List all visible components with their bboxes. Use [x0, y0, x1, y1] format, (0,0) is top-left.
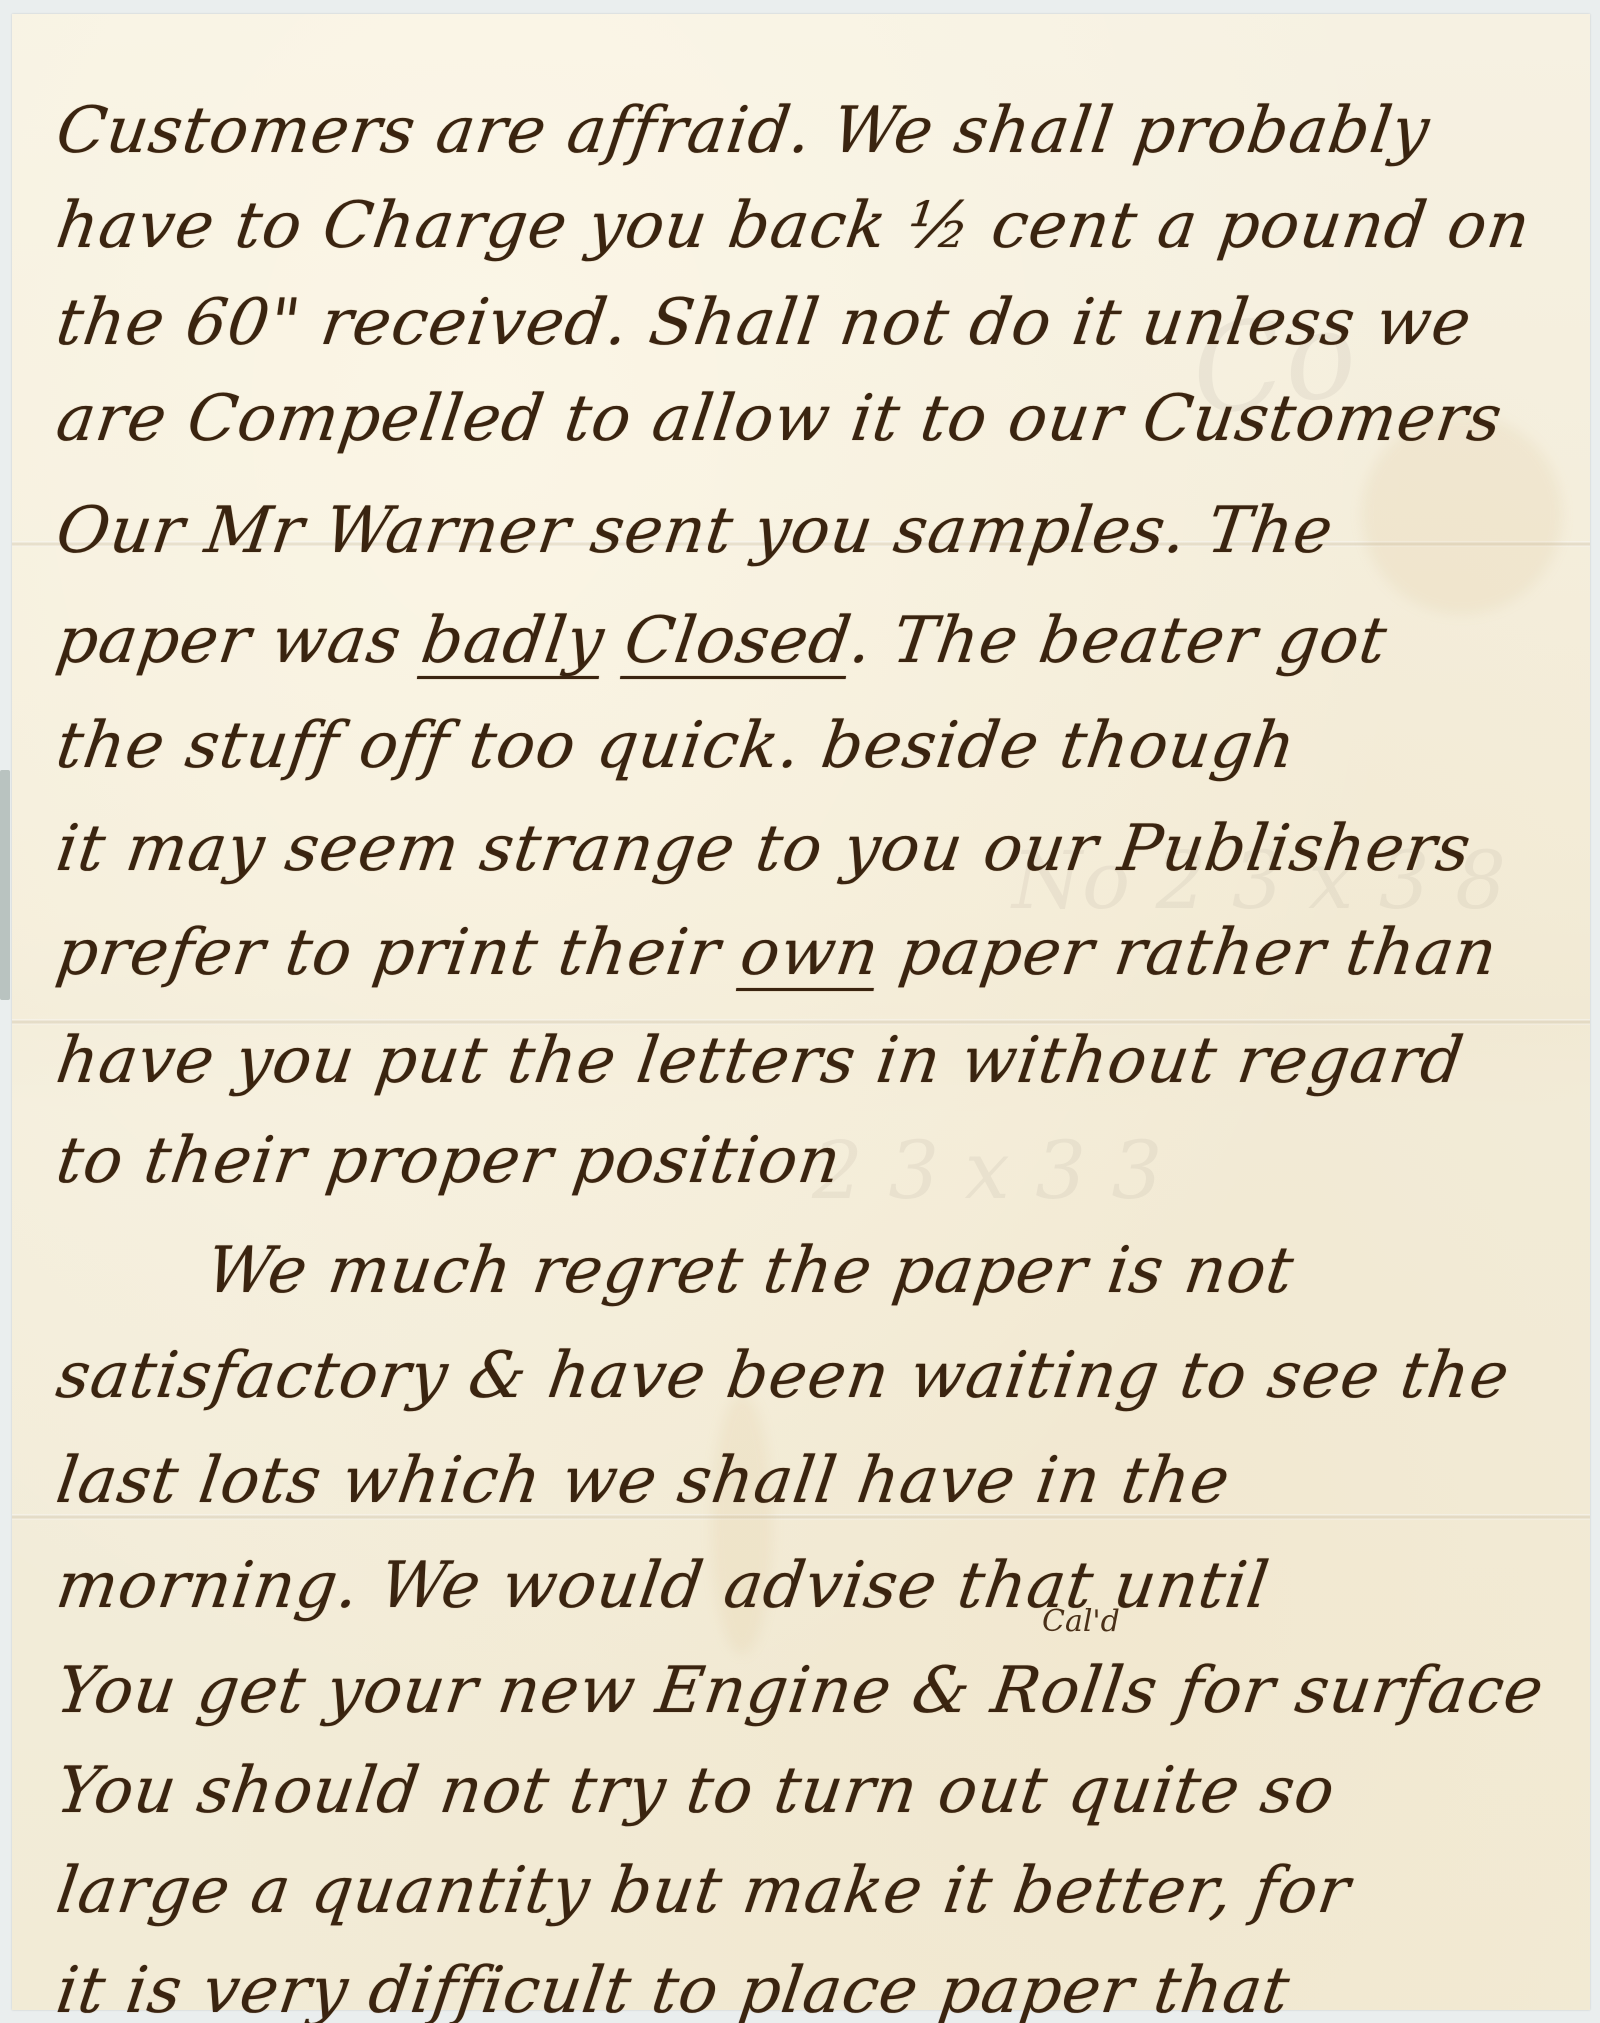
underlined-word: badly — [417, 604, 609, 678]
letter-page: Co No 2 3 x 3 8 2 3 x 3 3 Customers are … — [12, 14, 1590, 2010]
letter-line: are Compelled to allow it to our Custome… — [52, 382, 1507, 456]
text-segment: paper was — [52, 604, 427, 678]
letter-line: prefer to print their own paper rather t… — [52, 916, 1502, 990]
letter-line: to their proper position — [52, 1124, 846, 1198]
letter-line: satisfactory & have been waiting to see … — [52, 1339, 1514, 1413]
letter-line: the stuff off too quick. beside though — [52, 709, 1301, 783]
letter-line: Customers are affraid. We shall probably — [52, 94, 1434, 168]
letter-line: You get your new Engine & Rolls for surf… — [52, 1654, 1548, 1728]
text-segment: . The beater got — [846, 604, 1392, 678]
bleed-through-text: 2 3 x 3 3 — [812, 1124, 1162, 1217]
letter-line-indented: We much regret the paper is not — [202, 1234, 1299, 1308]
binding-strip — [0, 770, 10, 1000]
underlined-word: own — [736, 916, 884, 990]
letter-line: large a quantity but make it better, for — [52, 1854, 1355, 1928]
text-segment: prefer to print their — [52, 916, 746, 990]
letter-line: have to Charge you back ½ cent a pound o… — [52, 189, 1535, 263]
interlinear-insertion: Cal'd — [1042, 1604, 1120, 1639]
letter-line: last lots which we shall have in the — [52, 1444, 1235, 1518]
underlined-word: Closed — [620, 604, 856, 678]
letter-line: it may seem strange to you our Publisher… — [52, 812, 1476, 886]
letter-line: You should not try to turn out quite so — [52, 1754, 1340, 1828]
letter-line: the 60" received. Shall not do it unless… — [52, 286, 1476, 360]
letter-line: Our Mr Warner sent you samples. The — [52, 494, 1338, 568]
letter-line: it is very difficult to place paper that — [52, 1954, 1295, 2023]
letter-line: have you put the letters in without rega… — [52, 1024, 1468, 1098]
letter-line: paper was badly Closed. The beater got — [52, 604, 1392, 678]
text-segment: paper rather than — [874, 916, 1502, 990]
